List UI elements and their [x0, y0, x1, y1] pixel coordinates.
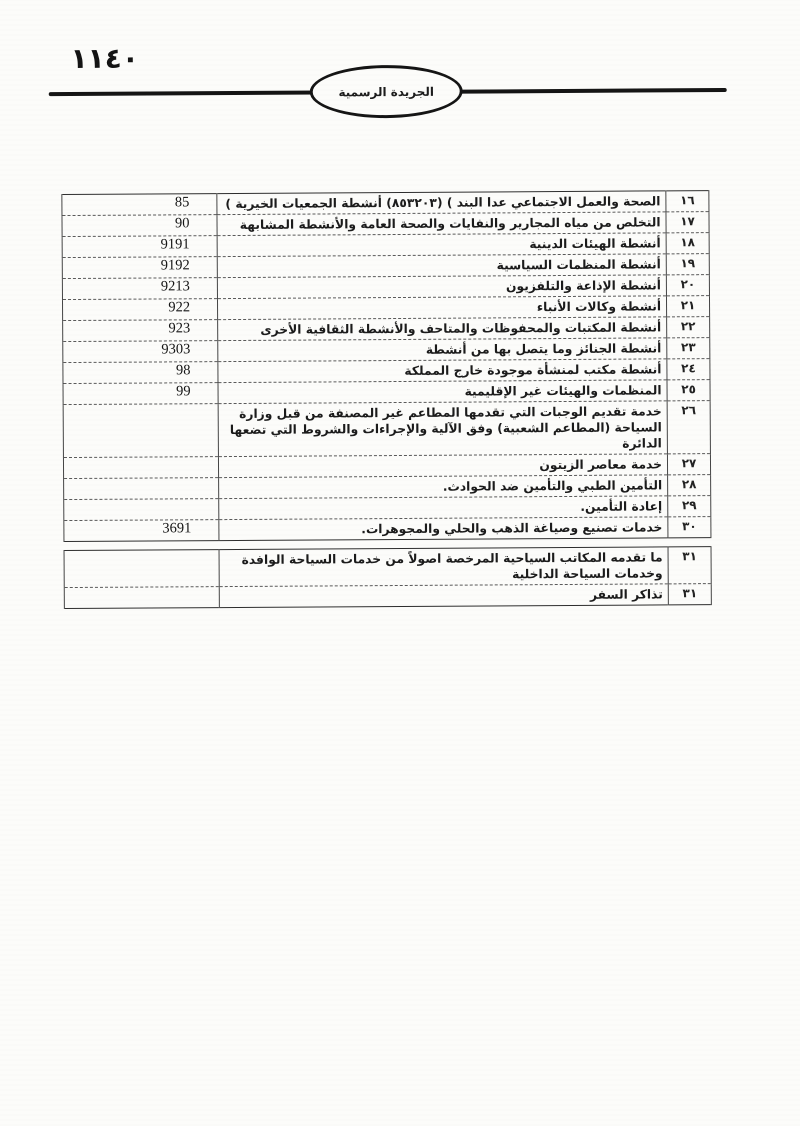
row-description-cell: أنشطة مكتب لمنشأة موجودة خارج المملكة	[218, 359, 667, 383]
row-code-cell: 98	[63, 362, 218, 384]
row-code-cell: 90	[62, 215, 217, 237]
activity-code-tables: ١٦ الصحة والعمل الاجتماعي عدا البند ) (٨…	[61, 190, 712, 609]
row-number-cell: ٢٦	[667, 401, 710, 454]
row-code-cell	[63, 404, 218, 458]
row-description-cell: تذاكر السفر	[219, 584, 668, 608]
row-code-cell	[63, 457, 218, 479]
row-number-cell: ٢٣	[667, 338, 710, 359]
row-description-cell: خدمة معاصر الزيتون	[218, 454, 667, 478]
table-row: ٢٦ خدمة تقديم الوجبات التي تقدمها المطاع…	[63, 401, 710, 458]
row-code-cell	[64, 587, 219, 609]
row-description-cell: أنشطة الإذاعة والتلفزيون	[217, 275, 666, 299]
scan-content: ١١٤٠ الجريدة الرسمية ١٦ الصحة والعمل الا…	[0, 0, 800, 1126]
row-code-cell	[64, 478, 219, 500]
row-code-cell: 923	[63, 320, 218, 342]
row-description-cell: أنشطة الجنائز وما يتصل بها من أنشطة	[218, 338, 667, 362]
row-number-cell: ٣٠	[668, 517, 711, 538]
row-number-cell: ٣١	[668, 547, 711, 584]
activity-code-table-secondary: ٣١ ما تقدمه المكاتب السياحية المرخصة اصو…	[64, 546, 712, 609]
row-description-cell: أنشطة المنظمات السياسية	[217, 254, 666, 278]
row-description-cell: أنشطة المكتبات والمحفوظات والمتاحف والأن…	[218, 317, 667, 341]
row-code-cell: 85	[62, 194, 217, 216]
row-description-cell: أنشطة وكالات الأنباء	[217, 296, 666, 320]
row-code-cell: 9192	[62, 257, 217, 279]
row-description-cell: التخلص من مياه المجارير والنفايات والصحة…	[217, 212, 666, 236]
row-code-cell	[64, 499, 219, 521]
row-description-cell: خدمة تقديم الوجبات التي تقدمها المطاعم غ…	[218, 401, 667, 457]
row-code-cell: 3691	[64, 520, 219, 542]
row-description-cell: المنظمات والهيئات غير الإقليمية	[218, 380, 667, 404]
row-number-cell: ٢٩	[668, 496, 711, 517]
row-number-cell: ١٨	[666, 233, 709, 254]
row-description-cell: إعادة التأمين.	[219, 496, 668, 520]
row-number-cell: ١٦	[666, 191, 709, 212]
row-description-cell: أنشطة الهيئات الدينية	[217, 233, 666, 257]
row-code-cell: 99	[63, 383, 218, 405]
row-number-cell: ٢٥	[667, 380, 710, 401]
gazette-banner-title: الجريدة الرسمية	[338, 84, 434, 99]
row-code-cell: 9303	[63, 341, 218, 363]
gazette-scanned-page: ١١٤٠ الجريدة الرسمية ١٦ الصحة والعمل الا…	[0, 0, 800, 1126]
row-description-cell: خدمات تصنيع وصياغة الذهب والحلي والمجوهر…	[219, 517, 668, 541]
row-number-cell: ١٧	[666, 212, 709, 233]
row-number-cell: ٢٧	[667, 454, 710, 475]
row-number-cell: ٢٤	[667, 359, 710, 380]
row-description-cell: ما تقدمه المكاتب السياحية المرخصة اصولاً…	[219, 547, 668, 587]
row-code-cell: 9213	[62, 278, 217, 300]
row-description-cell: الصحة والعمل الاجتماعي عدا البند ) (٨٥٣٢…	[217, 191, 666, 215]
row-code-cell	[64, 550, 219, 588]
row-code-cell: 922	[62, 299, 217, 321]
row-number-cell: ٣١	[668, 584, 711, 605]
page-number: ١١٤٠	[70, 42, 139, 75]
row-number-cell: ٢٢	[667, 317, 710, 338]
table-row: ٣١ ما تقدمه المكاتب السياحية المرخصة اصو…	[64, 547, 711, 588]
gazette-banner-oval: الجريدة الرسمية	[310, 65, 463, 119]
row-description-cell: التأمين الطبي والتأمين ضد الحوادث.	[219, 475, 668, 499]
table-row: ٣٠ خدمات تصنيع وصياغة الذهب والحلي والمج…	[64, 517, 711, 542]
row-number-cell: ٢٠	[666, 275, 709, 296]
table-row: ٣١ تذاكر السفر	[64, 584, 711, 609]
row-number-cell: ٢١	[666, 296, 709, 317]
row-code-cell: 9191	[62, 236, 217, 258]
row-number-cell: ٢٨	[668, 475, 711, 496]
row-number-cell: ١٩	[666, 254, 709, 275]
activity-code-table-main: ١٦ الصحة والعمل الاجتماعي عدا البند ) (٨…	[61, 190, 711, 542]
